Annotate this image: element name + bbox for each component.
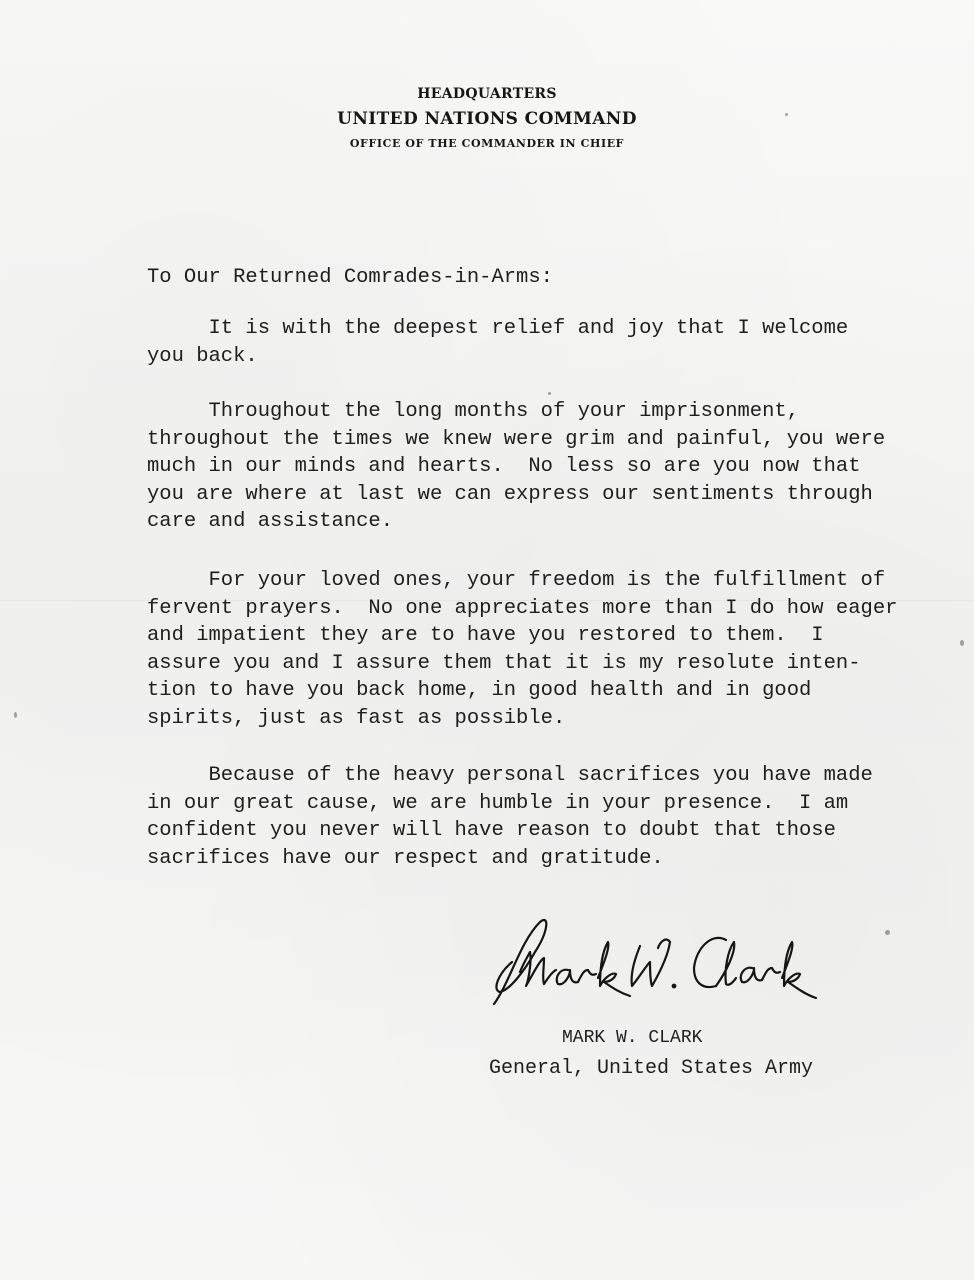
letterhead-line-2: UNITED NATIONS COMMAND — [337, 109, 637, 129]
paper-speck — [885, 930, 890, 935]
paper-speck — [960, 640, 964, 646]
signer-title: General, United States Army — [489, 1057, 813, 1080]
letterhead-headquarters: HEADQUARTERS — [0, 86, 974, 102]
letterhead-line-1: HEADQUARTERS — [417, 86, 557, 102]
paragraph-4: Because of the heavy personal sacrifices… — [147, 762, 873, 872]
signer-name: MARK W. CLARK — [562, 1028, 702, 1048]
handwritten-signature — [490, 912, 820, 1012]
paragraph-2: Throughout the long months of your impri… — [147, 398, 885, 536]
paper-speck — [14, 712, 17, 718]
salutation: To Our Returned Comrades-in-Arms: — [147, 264, 553, 292]
paper-speck — [548, 392, 551, 395]
paragraph-1: It is with the deepest relief and joy th… — [147, 315, 848, 370]
letterhead-line-3: OFFICE OF THE COMMANDER IN CHIEF — [350, 137, 624, 150]
paragraph-3: For your loved ones, your freedom is the… — [147, 567, 897, 732]
letterhead-office: OFFICE OF THE COMMANDER IN CHIEF — [0, 137, 974, 150]
letterhead-organization: UNITED NATIONS COMMAND — [0, 109, 974, 129]
paper-speck — [785, 113, 788, 116]
